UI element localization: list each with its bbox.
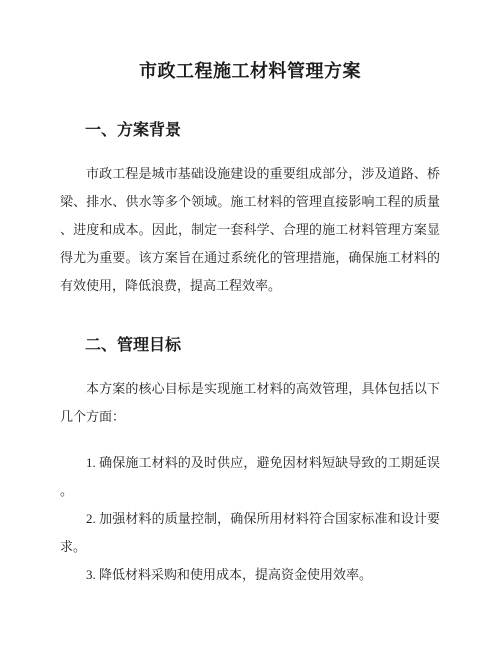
section-heading-goals: 二、管理目标	[60, 333, 440, 359]
goal-list-item-2: 2. 加强材料的质量控制，确保所用材料符合国家标准和设计要求。	[60, 505, 440, 561]
goals-intro-paragraph: 本方案的核心目标是实现施工材料的高效管理，具体包括以下几个方面：	[60, 375, 440, 431]
goal-list-item-3: 3. 降低材料采购和使用成本，提高资金使用效率。	[60, 561, 440, 589]
document-page: 市政工程施工材料管理方案 一、方案背景 市政工程是城市基础设施建设的重要组成部分…	[0, 0, 500, 647]
section-heading-background: 一、方案背景	[60, 118, 440, 144]
background-paragraph: 市政工程是城市基础设施建设的重要组成部分，涉及道路、桥梁、排水、供水等多个领域。…	[60, 160, 440, 300]
document-title: 市政工程施工材料管理方案	[60, 0, 440, 85]
goal-list-item-1: 1. 确保施工材料的及时供应，避免因材料短缺导致的工期延误。	[60, 449, 440, 505]
